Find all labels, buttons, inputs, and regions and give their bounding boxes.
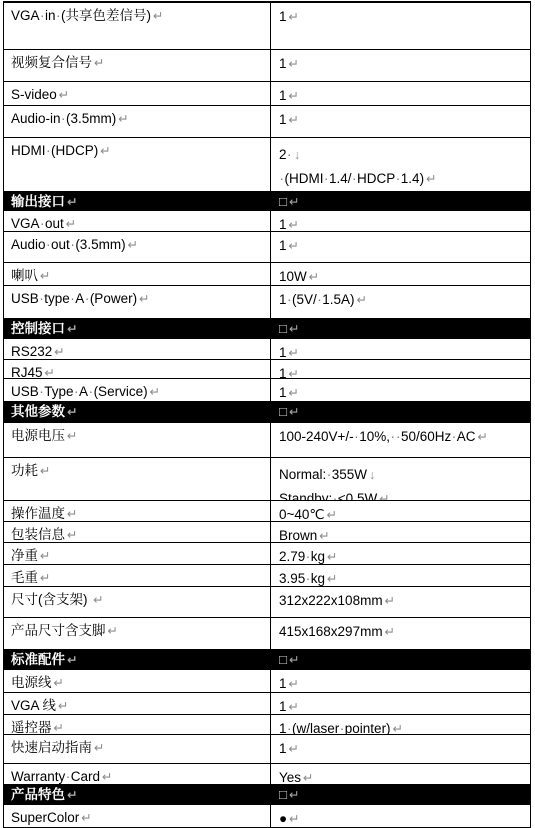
table-row: HDMI·(HDCP)↵2·↓·(HDMI·1.4/·HDCP·1.4)↵ — [4, 138, 530, 192]
space-mark: · — [279, 171, 285, 186]
spec-label-text: 控制接口 — [11, 321, 65, 336]
line-break-mark: ↓ — [294, 148, 300, 162]
spec-label-cell[interactable]: 操作温度↵ — [4, 501, 271, 521]
spec-label-cell[interactable]: 产品尺寸含支脚↵ — [4, 618, 271, 649]
space-mark: · — [65, 769, 71, 784]
spec-value-line: 2·↓ — [279, 143, 524, 167]
cell-end-mark: ↵ — [327, 508, 337, 521]
spec-label-text: Audio·out·(3.5mm) — [11, 237, 126, 252]
space-mark: · — [40, 216, 46, 231]
cell-end-mark: ↵ — [40, 571, 50, 585]
space-mark: · — [395, 171, 401, 186]
spec-value-cell[interactable]: □↵ — [271, 192, 530, 210]
spec-value-text: 1 — [279, 217, 287, 231]
table-row: 净重↵2.79·kg↵ — [4, 543, 530, 565]
filled-bullet-glyph: ● — [279, 811, 287, 826]
table-row: SuperColor↵●↵ — [4, 805, 530, 827]
spec-label-cell[interactable]: 尺寸(含支架) ↵ — [4, 587, 271, 617]
spec-label-text: 视频复合信号 — [11, 55, 92, 70]
space-mark: · — [317, 292, 323, 307]
spec-value-line: 1↵ — [279, 8, 524, 26]
cell-end-mark: ↵ — [93, 593, 103, 607]
cell-end-mark: ↵ — [289, 239, 299, 253]
table-row: 毛重↵3.95·kg↵ — [4, 565, 530, 587]
spec-label-text: VGA·out — [11, 216, 64, 231]
spec-value-text: 1 — [279, 345, 287, 359]
spec-value-text: 312x222x108mm — [279, 593, 383, 608]
spec-value-text: 3.95·kg — [279, 571, 325, 586]
cell-end-mark: ↵ — [54, 345, 64, 359]
table-row: USB·Type·A·(Service)↵1↵ — [4, 379, 530, 402]
spec-label-text: 快速启动指南 — [11, 740, 92, 755]
cell-end-mark: ↵ — [289, 10, 299, 24]
spec-value-text: 2· — [279, 147, 292, 162]
spec-value-line: 1↵ — [279, 216, 524, 231]
cell-end-mark: ↵ — [150, 385, 160, 399]
spec-label-text: 操作温度 — [11, 506, 65, 521]
spec-label-cell[interactable]: S-video↵ — [4, 82, 271, 105]
space-mark: · — [339, 721, 345, 734]
spec-label-text: HDMI·(HDCP) — [11, 143, 98, 158]
cell-end-mark: ↵ — [393, 722, 403, 734]
spec-value-text: Normal:·355W — [279, 467, 367, 482]
space-mark: · — [40, 8, 46, 23]
spec-label-text: 电源线 — [11, 675, 52, 690]
spec-value-cell[interactable]: 1·(5V/·1.5A)↵ — [271, 286, 530, 318]
spec-value-cell[interactable]: Normal:·355W↓Standby:·<0.5W↵ — [271, 458, 530, 500]
spec-label-cell[interactable]: 输出接口↵ — [4, 192, 271, 210]
spec-value-text: 1·(5V/·1.5A) — [279, 292, 355, 307]
spec-label-text: RJ45 — [11, 365, 43, 378]
spec-table: VGA·in·(共享色差信号)↵1↵视频复合信号↵1↵S-video↵1↵Aud… — [3, 1, 531, 828]
space-mark: · — [39, 291, 45, 306]
spec-value-line: 415x168x297mm↵ — [279, 623, 524, 641]
spec-value-text: 2.79·kg — [279, 549, 325, 564]
spec-label-cell[interactable]: 其他参数↵ — [4, 402, 271, 422]
cell-end-mark: ↵ — [40, 464, 50, 478]
cell-end-mark: ↵ — [289, 346, 299, 359]
cell-end-mark: ↵ — [118, 112, 128, 126]
spec-label-cell[interactable]: 包装信息↵ — [4, 522, 271, 542]
spec-value-text: 415x168x297mm — [279, 624, 383, 639]
space-mark: · — [74, 384, 80, 399]
section-header-row: 其他参数↵□↵ — [4, 402, 530, 423]
spec-value-text: 1 — [279, 741, 287, 756]
cell-end-mark: ↵ — [289, 218, 299, 231]
cell-end-mark: ↵ — [67, 788, 77, 802]
space-mark: · — [287, 292, 293, 307]
spec-value-cell[interactable]: 1↵ — [271, 670, 530, 692]
space-mark: · — [84, 291, 90, 306]
spec-value-cell[interactable]: 1↵ — [271, 3, 530, 49]
spec-value-text: Brown — [279, 528, 317, 542]
cell-end-mark: ↵ — [67, 195, 77, 209]
cell-end-mark: ↵ — [58, 699, 68, 713]
cell-end-mark: ↵ — [66, 217, 76, 231]
space-mark: · — [354, 429, 360, 444]
cell-end-mark: ↵ — [289, 788, 299, 802]
spec-value-text: 1 — [279, 88, 287, 103]
spec-value-line: 1↵ — [279, 365, 524, 378]
spec-value-cell[interactable]: □↵ — [271, 785, 530, 804]
cell-end-mark: ↵ — [327, 550, 337, 564]
cell-end-mark: ↵ — [289, 405, 299, 419]
spec-value-text: 1 — [279, 112, 287, 127]
spec-label-text: 包装信息 — [11, 527, 65, 542]
spec-label-cell[interactable]: 控制接口↵ — [4, 319, 271, 338]
spec-value-line: Normal:·355W↓ — [279, 463, 524, 487]
cell-end-mark: ↵ — [385, 594, 395, 608]
spec-label-cell[interactable]: 快速启动指南↵ — [4, 735, 271, 763]
line-break-mark: ↓ — [369, 468, 375, 482]
cell-end-mark: ↵ — [289, 386, 299, 400]
spec-label-text: 标准配件 — [11, 652, 65, 667]
cell-end-mark: ↵ — [59, 88, 69, 102]
spec-label-cell[interactable]: SuperColor↵ — [4, 805, 271, 827]
spec-value-cell[interactable]: 100-240V+/-·10%,··50/60Hz·AC↵ — [271, 423, 530, 457]
cell-end-mark: ↵ — [379, 492, 389, 500]
space-mark: · — [305, 549, 311, 564]
spec-value-line: □↵ — [279, 404, 524, 420]
spec-value-text: 100-240V+/-·10%,··50/60Hz·AC — [279, 429, 476, 444]
spec-value-line: 10W↵ — [279, 268, 524, 285]
spec-label-cell[interactable]: 电源线↵ — [4, 670, 271, 692]
spec-label-text: Warranty·Card — [11, 769, 100, 784]
space-mark: · — [332, 491, 338, 500]
spec-value-line: 1↵ — [279, 55, 524, 73]
spec-value-cell[interactable]: 2.79·kg↵ — [271, 543, 530, 564]
space-mark: · — [70, 237, 76, 252]
spec-value-line: 1·(5V/·1.5A)↵ — [279, 291, 524, 309]
spec-value-cell[interactable]: 1↵ — [271, 339, 530, 359]
cell-end-mark: ↵ — [289, 677, 299, 691]
cell-end-mark: ↵ — [102, 770, 112, 784]
spec-value-line: 2.79·kg↵ — [279, 548, 524, 564]
spec-label-text: 其他参数 — [11, 404, 65, 419]
table-row: VGA·out↵1↵ — [4, 211, 530, 232]
spec-label-cell[interactable]: Audio·out·(3.5mm)↵ — [4, 232, 271, 262]
spec-label-text: 产品尺寸含支脚 — [11, 623, 106, 638]
spec-value-text: 1 — [279, 699, 287, 714]
spec-value-text: ·(HDMI·1.4/·HDCP·1.4) — [279, 171, 424, 186]
spec-value-cell[interactable]: □↵ — [271, 402, 530, 422]
spec-label-text: Audio-in·(3.5mm) — [11, 111, 116, 126]
spec-label-cell[interactable]: HDMI·(HDCP)↵ — [4, 138, 271, 191]
spec-value-cell[interactable]: 0~40℃↵ — [271, 501, 530, 521]
spec-label-cell[interactable]: 功耗↵ — [4, 458, 271, 500]
space-mark: · — [326, 467, 332, 482]
cell-end-mark: ↵ — [67, 507, 77, 521]
spec-value-line: 312x222x108mm↵ — [279, 592, 524, 610]
spec-label-cell[interactable]: USB·Type·A·(Service)↵ — [4, 379, 271, 401]
spec-value-line: 1·(w/laser·pointer)↵ — [279, 720, 524, 734]
spec-label-text: 输出接口 — [11, 194, 65, 209]
empty-box-glyph: □ — [279, 321, 287, 336]
spec-value-text: Yes — [279, 770, 301, 784]
space-mark: · — [61, 111, 67, 126]
spec-value-line: 1↵ — [279, 344, 524, 359]
spec-value-cell[interactable]: 1↵ — [271, 106, 530, 137]
spec-value-text: 1·(w/laser·pointer) — [279, 721, 391, 734]
cell-end-mark: ↵ — [100, 144, 110, 158]
table-row: 包装信息↵Brown↵ — [4, 522, 530, 543]
spec-value-line: □↵ — [279, 787, 524, 803]
cell-end-mark: ↵ — [139, 292, 149, 306]
space-mark: · — [39, 384, 45, 399]
cell-end-mark: ↵ — [289, 367, 299, 378]
spec-value-text: 1 — [279, 366, 287, 378]
cell-end-mark: ↵ — [54, 676, 64, 690]
cell-end-mark: ↵ — [45, 366, 55, 378]
spec-value-cell[interactable]: □↵ — [271, 650, 530, 669]
spec-label-text: 产品特色 — [11, 787, 65, 802]
cell-end-mark: ↵ — [81, 811, 91, 825]
spec-label-text: 电源电压 — [11, 428, 65, 443]
spec-value-line: ·(HDMI·1.4/·HDCP·1.4)↵ — [279, 167, 524, 191]
table-row: 视频复合信号↵1↵ — [4, 50, 530, 82]
spec-value-cell[interactable]: 415x168x297mm↵ — [271, 618, 530, 649]
cell-end-mark: ↵ — [67, 405, 77, 419]
table-row: 遥控器↵1·(w/laser·pointer)↵ — [4, 715, 530, 735]
cell-end-mark: ↵ — [67, 653, 77, 667]
spec-value-cell[interactable]: Brown↵ — [271, 522, 530, 542]
table-row: Audio·out·(3.5mm)↵1↵ — [4, 232, 530, 263]
cell-end-mark: ↵ — [94, 56, 104, 70]
spec-label-cell[interactable]: 喇叭↵ — [4, 263, 271, 285]
spec-label-cell[interactable]: 遥控器↵ — [4, 715, 271, 734]
spec-value-cell[interactable]: 1↵ — [271, 379, 530, 401]
cell-end-mark: ↵ — [426, 172, 436, 186]
spec-value-cell[interactable]: 1↵ — [271, 50, 530, 81]
cell-end-mark: ↵ — [289, 322, 299, 336]
table-row: 快速启动指南↵1↵ — [4, 735, 530, 764]
spec-label-text: VGA 线 — [11, 698, 56, 713]
cell-end-mark: ↵ — [327, 572, 337, 586]
spec-value-line: Yes↵ — [279, 769, 524, 784]
spec-value-line: 1↵ — [279, 237, 524, 255]
space-mark: · — [88, 384, 94, 399]
spec-label-text: 毛重 — [11, 570, 38, 585]
spec-value-text: 1 — [279, 676, 287, 691]
spec-label-text: 功耗 — [11, 463, 38, 478]
spec-label-text: 遥控器 — [11, 720, 52, 734]
spec-value-cell[interactable]: 1↵ — [271, 232, 530, 262]
table-row: S-video↵1↵ — [4, 82, 530, 106]
spec-value-cell[interactable]: 312x222x108mm↵ — [271, 587, 530, 617]
cell-end-mark: ↵ — [289, 812, 299, 826]
spec-value-line: □↵ — [279, 652, 524, 668]
spec-value-cell[interactable]: 1·(w/laser·pointer)↵ — [271, 715, 530, 734]
empty-box-glyph: □ — [279, 404, 287, 419]
empty-box-glyph: □ — [279, 194, 287, 209]
spec-value-cell[interactable]: 1↵ — [271, 360, 530, 378]
spec-value-cell[interactable]: 3.95·kg↵ — [271, 565, 530, 586]
spec-label-text: USB·type·A·(Power) — [11, 291, 137, 306]
space-mark: · — [305, 571, 311, 586]
cell-end-mark: ↵ — [478, 430, 488, 444]
spec-label-cell[interactable]: Warranty·Card↵ — [4, 764, 271, 784]
spec-value-line: 1↵ — [279, 87, 524, 105]
spec-value-line: 1↵ — [279, 675, 524, 692]
space-mark: · — [56, 8, 62, 23]
spec-value-text: 10W — [279, 269, 307, 284]
section-header-row: 标准配件↵□↵ — [4, 650, 530, 670]
space-mark: · — [287, 721, 293, 734]
spec-label-cell[interactable]: VGA 线↵ — [4, 693, 271, 714]
table-row: VGA·in·(共享色差信号)↵1↵ — [4, 3, 530, 50]
spec-value-line: 100-240V+/-·10%,··50/60Hz·AC↵ — [279, 428, 524, 446]
empty-box-glyph: □ — [279, 787, 287, 802]
table-row: 产品尺寸含支脚↵415x168x297mm↵ — [4, 618, 530, 650]
section-header-row: 产品特色↵□↵ — [4, 785, 530, 805]
spec-label-cell[interactable]: 电源电压↵ — [4, 423, 271, 457]
spec-value-line: 1↵ — [279, 111, 524, 129]
cell-end-mark: ↵ — [289, 113, 299, 127]
table-row: Warranty·Card↵Yes↵ — [4, 764, 530, 785]
empty-box-glyph: □ — [279, 652, 287, 667]
spec-label-cell[interactable]: VGA·out↵ — [4, 211, 271, 231]
table-row: 喇叭↵10W↵ — [4, 263, 530, 286]
spec-value-text: 0~40℃ — [279, 507, 325, 521]
space-mark: · — [451, 429, 457, 444]
space-mark: · — [46, 143, 52, 158]
table-row: 电源线↵1↵ — [4, 670, 530, 693]
spec-value-cell[interactable]: 10W↵ — [271, 263, 530, 285]
spec-value-line: 0~40℃↵ — [279, 506, 524, 521]
table-row: Audio-in·(3.5mm)↵1↵ — [4, 106, 530, 138]
table-row: 尺寸(含支架) ↵312x222x108mm↵ — [4, 587, 530, 618]
cell-end-mark: ↵ — [289, 700, 299, 714]
cell-end-mark: ↵ — [289, 742, 299, 756]
spec-label-cell[interactable]: VGA·in·(共享色差信号)↵ — [4, 3, 271, 49]
spec-value-line: Brown↵ — [279, 527, 524, 542]
cell-end-mark: ↵ — [67, 322, 77, 336]
cell-end-mark: ↵ — [289, 653, 299, 667]
table-row: 电源电压↵100-240V+/-·10%,··50/60Hz·AC↵ — [4, 423, 530, 458]
spec-value-cell[interactable]: □↵ — [271, 319, 530, 338]
spec-value-line: □↵ — [279, 321, 524, 337]
section-header-row: 控制接口↵□↵ — [4, 319, 530, 339]
space-mark: · — [352, 171, 358, 186]
cell-end-mark: ↵ — [319, 529, 329, 542]
spec-value-line: 1↵ — [279, 384, 524, 401]
spec-value-cell[interactable]: 1↵ — [271, 82, 530, 105]
spec-value-text: 1 — [279, 385, 287, 400]
cell-end-mark: ↵ — [289, 89, 299, 103]
spec-label-text: USB·Type·A·(Service) — [11, 384, 148, 399]
spec-label-cell[interactable]: 标准配件↵ — [4, 650, 271, 669]
cell-end-mark: ↵ — [153, 9, 163, 23]
spec-label-text: RS232 — [11, 344, 52, 359]
spec-label-cell[interactable]: 净重↵ — [4, 543, 271, 564]
cell-end-mark: ↵ — [94, 741, 104, 755]
table-row: RJ45↵1↵ — [4, 360, 530, 379]
spec-value-cell[interactable]: 1↵ — [271, 693, 530, 714]
cell-end-mark: ↵ — [357, 293, 367, 307]
spec-label-text: SuperColor — [11, 810, 79, 825]
table-row: 操作温度↵0~40℃↵ — [4, 501, 530, 522]
spec-label-cell[interactable]: 毛重↵ — [4, 565, 271, 586]
cell-end-mark: ↵ — [128, 238, 138, 252]
spec-label-text: VGA·in·(共享色差信号) — [11, 8, 151, 23]
spec-label-text: 尺寸(含支架) — [11, 592, 91, 607]
space-mark: · — [70, 291, 76, 306]
table-row: 功耗↵Normal:·355W↓Standby:·<0.5W↵ — [4, 458, 530, 501]
spec-label-cell[interactable]: Audio-in·(3.5mm)↵ — [4, 106, 271, 137]
cell-end-mark: ↵ — [67, 429, 77, 443]
cell-end-mark: ↵ — [303, 771, 313, 784]
spec-value-line: 1↵ — [279, 740, 524, 758]
table-row: USB·type·A·(Power)↵1·(5V/·1.5A)↵ — [4, 286, 530, 319]
cell-end-mark: ↵ — [40, 269, 50, 283]
cell-end-mark: ↵ — [54, 721, 64, 734]
cell-end-mark: ↵ — [67, 528, 77, 542]
spec-value-text: 1 — [279, 238, 287, 253]
cell-end-mark: ↵ — [40, 549, 50, 563]
section-header-row: 输出接口↵□↵ — [4, 192, 530, 211]
spec-value-cell[interactable]: 2·↓·(HDMI·1.4/·HDCP·1.4)↵ — [271, 138, 530, 191]
spec-value-text: Standby:·<0.5W — [279, 491, 377, 500]
spec-value-line: □↵ — [279, 194, 524, 210]
space-mark: · — [46, 237, 52, 252]
spec-value-line: ●↵ — [279, 810, 524, 827]
spec-value-line: 3.95·kg↵ — [279, 570, 524, 586]
spec-value-text: 1 — [279, 9, 287, 24]
spec-label-cell[interactable]: RS232↵ — [4, 339, 271, 359]
spec-label-cell[interactable]: USB·type·A·(Power)↵ — [4, 286, 271, 318]
spec-label-cell[interactable]: RJ45↵ — [4, 360, 271, 378]
spec-value-text: 1 — [279, 56, 287, 71]
cell-end-mark: ↵ — [108, 624, 118, 638]
space-mark: · — [287, 147, 293, 162]
space-mark: · — [395, 429, 401, 444]
cell-end-mark: ↵ — [309, 270, 319, 284]
table-row: RS232↵1↵ — [4, 339, 530, 360]
spec-value-cell[interactable]: ●↵ — [271, 805, 530, 827]
spec-value-line: 1↵ — [279, 698, 524, 714]
spec-label-text: 净重 — [11, 548, 38, 563]
spec-label-cell[interactable]: 视频复合信号↵ — [4, 50, 271, 81]
table-row: VGA 线↵1↵ — [4, 693, 530, 715]
word-document-page: VGA·in·(共享色差信号)↵1↵视频复合信号↵1↵S-video↵1↵Aud… — [0, 0, 535, 828]
spec-value-cell[interactable]: 1↵ — [271, 735, 530, 763]
spec-value-cell[interactable]: 1↵ — [271, 211, 530, 231]
space-mark: · — [324, 171, 330, 186]
spec-label-text: 喇叭 — [11, 268, 38, 283]
spec-label-cell[interactable]: 产品特色↵ — [4, 785, 271, 804]
spec-value-line: Standby:·<0.5W↵ — [279, 487, 524, 500]
spec-label-text: S-video — [11, 87, 57, 102]
spec-value-cell[interactable]: Yes↵ — [271, 764, 530, 784]
cell-end-mark: ↵ — [289, 57, 299, 71]
cell-end-mark: ↵ — [289, 195, 299, 209]
cell-end-mark: ↵ — [385, 625, 395, 639]
